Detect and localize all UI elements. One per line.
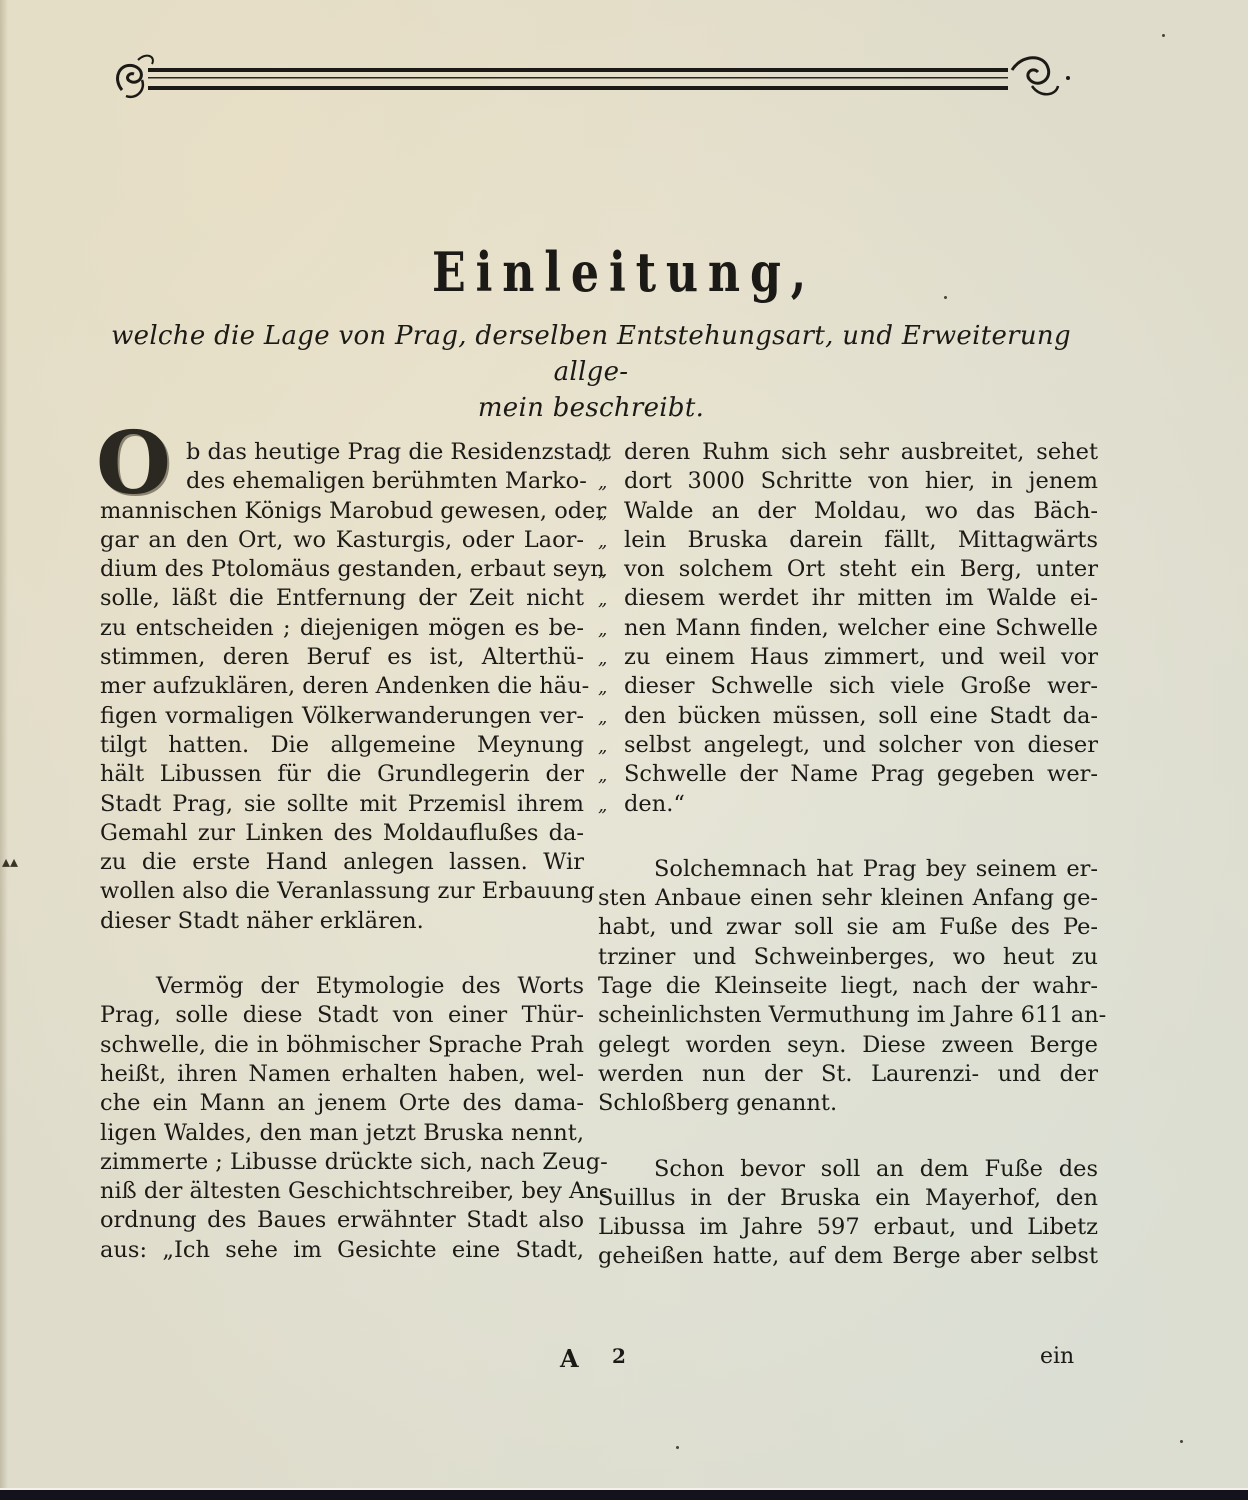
quote-text: diesem werdet ihr mitten im Walde ei- <box>624 585 1098 611</box>
text-line: mer aufzuklären, deren Andenken die häu- <box>100 672 584 701</box>
quote-mark: „ <box>598 468 624 497</box>
text-line: figen vormaligen Völkerwanderungen ver- <box>100 702 584 731</box>
quote-line: „den.“ <box>598 790 1098 819</box>
text-line: che ein Mann an jenem Orte des dama- <box>100 1089 584 1118</box>
quote-text: zu einem Haus zimmert, und weil vor <box>624 644 1098 670</box>
quote-text: lein Bruska darein fällt, Mittagwärts <box>624 527 1098 553</box>
paragraph-gap <box>598 1119 1098 1155</box>
text-line: heißt, ihren Namen erhalten haben, wel- <box>100 1060 584 1089</box>
text-line: schwelle, die in böhmischer Sprache Prah <box>100 1031 584 1060</box>
chapter-subtitle: welche die Lage von Prag, derselben Ents… <box>96 318 1086 426</box>
scanned-book-page: Einleitung, welche die Lage von Prag, de… <box>0 0 1248 1490</box>
quote-line: „von solchem Ort steht ein Berg, unter <box>598 555 1098 584</box>
quote-line: „Walde an der Moldau, wo das Bäch- <box>598 497 1098 526</box>
quote-text: von solchem Ort steht ein Berg, unter <box>624 556 1098 582</box>
text-line: Solchemnach hat Prag bey seinem er- <box>598 855 1098 884</box>
quote-line: „Schwelle der Name Prag gegeben wer- <box>598 760 1098 789</box>
quote-mark: „ <box>598 585 624 614</box>
quote-text: Walde an der Moldau, wo das Bäch- <box>624 498 1098 524</box>
text-line: habt, und zwar soll sie am Fuße des Pe- <box>598 913 1098 942</box>
signature-number: 2 <box>612 1344 626 1368</box>
text-line: Tage die Kleinseite liegt, nach der wahr… <box>598 972 1098 1001</box>
text-line: zimmerte ; Libusse drückte sich, nach Ze… <box>100 1148 584 1177</box>
quote-line: „dort 3000 Schritte von hier, in jenem <box>598 467 1098 496</box>
text-line: gar an den Ort, wo Kasturgis, oder Laor- <box>100 526 584 555</box>
text-line: Schloßberg genannt. <box>598 1089 1098 1118</box>
text-line: zu die erste Hand anlegen lassen. Wir <box>100 848 584 877</box>
quote-mark: „ <box>598 527 624 556</box>
quote-mark: „ <box>598 703 624 732</box>
text-line: scheinlichsten Vermuthung im Jahre 611 a… <box>598 1001 1098 1030</box>
decorative-rule-icon <box>112 50 1080 102</box>
catchword: ein <box>1040 1344 1074 1369</box>
text-line: dium des Ptolomäus gestanden, erbaut sey… <box>100 555 584 584</box>
text-line: trziner und Schweinberges, wo heut zu <box>598 943 1098 972</box>
text-line: Libussa im Jahre 597 erbaut, und Libetz <box>598 1213 1098 1242</box>
text-line: dieser Stadt näher erklären. <box>100 907 584 936</box>
paper-speck <box>676 1446 679 1449</box>
quote-line: „den bücken müssen, soll eine Stadt da- <box>598 702 1098 731</box>
text-line: ligen Waldes, den man jetzt Bruska nennt… <box>100 1119 584 1148</box>
subtitle-line-2: mein beschreibt. <box>478 393 704 423</box>
quote-mark: „ <box>598 439 624 468</box>
quote-mark: „ <box>598 644 624 673</box>
quote-text: nen Mann finden, welcher eine Schwelle <box>624 615 1098 641</box>
text-line: niß der ältesten Geschichtschreiber, bey… <box>100 1177 584 1206</box>
text-line: mannischen Königs Marobud gewesen, oder <box>100 497 584 526</box>
paper-speck <box>1180 1440 1183 1443</box>
quote-text: den.“ <box>624 791 685 817</box>
text-line: Suillus in der Bruska ein Mayerhof, den <box>598 1184 1098 1213</box>
text-line: Stadt Prag, sie sollte mit Przemisl ihre… <box>100 790 584 819</box>
subtitle-line-1: welche die Lage von Prag, derselben Ents… <box>111 321 1071 387</box>
right-column: „deren Ruhm sich sehr ausbreitet, sehet … <box>598 438 1098 1272</box>
text-line: geheißen hatte, auf dem Berge aber selbs… <box>598 1242 1098 1271</box>
text-line: Schon bevor soll an dem Fuße des <box>598 1155 1098 1184</box>
text-line: des ehemaligen berühmten Marko- <box>100 467 584 496</box>
text-line: solle, läßt die Entfernung der Zeit nich… <box>100 584 584 613</box>
quote-line: „deren Ruhm sich sehr ausbreitet, sehet <box>598 438 1098 467</box>
text-line: Vermög der Etymologie des Worts <box>100 972 584 1001</box>
quote-text: den bücken müssen, soll eine Stadt da- <box>624 703 1098 729</box>
quote-mark: „ <box>598 556 624 585</box>
text-line: werden nun der St. Laurenzi- und der <box>598 1060 1098 1089</box>
text-line: Prag, solle diese Stadt von einer Thür- <box>100 1001 584 1030</box>
quote-text: deren Ruhm sich sehr ausbreitet, sehet <box>624 439 1098 465</box>
text-line: ordnung des Baues erwähnter Stadt also <box>100 1206 584 1235</box>
quote-line: „zu einem Haus zimmert, und weil vor <box>598 643 1098 672</box>
text-line: gelegt worden seyn. Diese zween Berge <box>598 1031 1098 1060</box>
quote-line: „selbst angelegt, und solcher von dieser <box>598 731 1098 760</box>
text-line: b das heutige Prag die Residenzstadt <box>100 438 584 467</box>
quote-text: Schwelle der Name Prag gegeben wer- <box>624 761 1098 787</box>
margin-mark-icon: ▴▴ <box>2 852 18 871</box>
quote-line: „nen Mann finden, welcher eine Schwelle <box>598 614 1098 643</box>
chapter-title: Einleitung, <box>112 240 1135 304</box>
paragraph-gap <box>100 936 584 972</box>
quote-mark: „ <box>598 791 624 820</box>
quote-mark: „ <box>598 673 624 702</box>
quote-line: „diesem werdet ihr mitten im Walde ei- <box>598 584 1098 613</box>
text-line: wollen also die Veranlassung zur Erbauun… <box>100 877 584 906</box>
paper-speck <box>944 296 947 299</box>
quote-text: dort 3000 Schritte von hier, in jenem <box>624 468 1098 494</box>
left-column: b das heutige Prag die Residenzstadt des… <box>100 438 584 1265</box>
text-line: zu entscheiden ; diejenigen mögen es be- <box>100 614 584 643</box>
quote-mark: „ <box>598 498 624 527</box>
text-line: Gemahl zur Linken des Moldauflußes da- <box>100 819 584 848</box>
text-line: stimmen, deren Beruf es ist, Alterthü- <box>100 643 584 672</box>
quote-text: selbst angelegt, und solcher von dieser <box>624 732 1098 758</box>
binding-shadow <box>0 0 8 1490</box>
text-line: sten Anbaue einen sehr kleinen Anfang ge… <box>598 884 1098 913</box>
page-bottom-edge <box>0 1488 1248 1500</box>
quote-text: dieser Schwelle sich viele Große wer- <box>624 673 1098 699</box>
quote-line: „lein Bruska darein fällt, Mittagwärts <box>598 526 1098 555</box>
text-line: aus: „Ich sehe im Gesichte eine Stadt, <box>100 1236 584 1265</box>
quote-mark: „ <box>598 761 624 790</box>
quote-line: „dieser Schwelle sich viele Große wer- <box>598 672 1098 701</box>
text-line: hält Libussen für die Grundlegerin der <box>100 760 584 789</box>
signature-mark: A <box>560 1344 579 1373</box>
quote-mark: „ <box>598 732 624 761</box>
paper-speck <box>1162 34 1165 37</box>
quote-mark: „ <box>598 615 624 644</box>
paragraph-gap <box>598 819 1098 855</box>
text-line: tilgt hatten. Die allgemeine Meynung <box>100 731 584 760</box>
